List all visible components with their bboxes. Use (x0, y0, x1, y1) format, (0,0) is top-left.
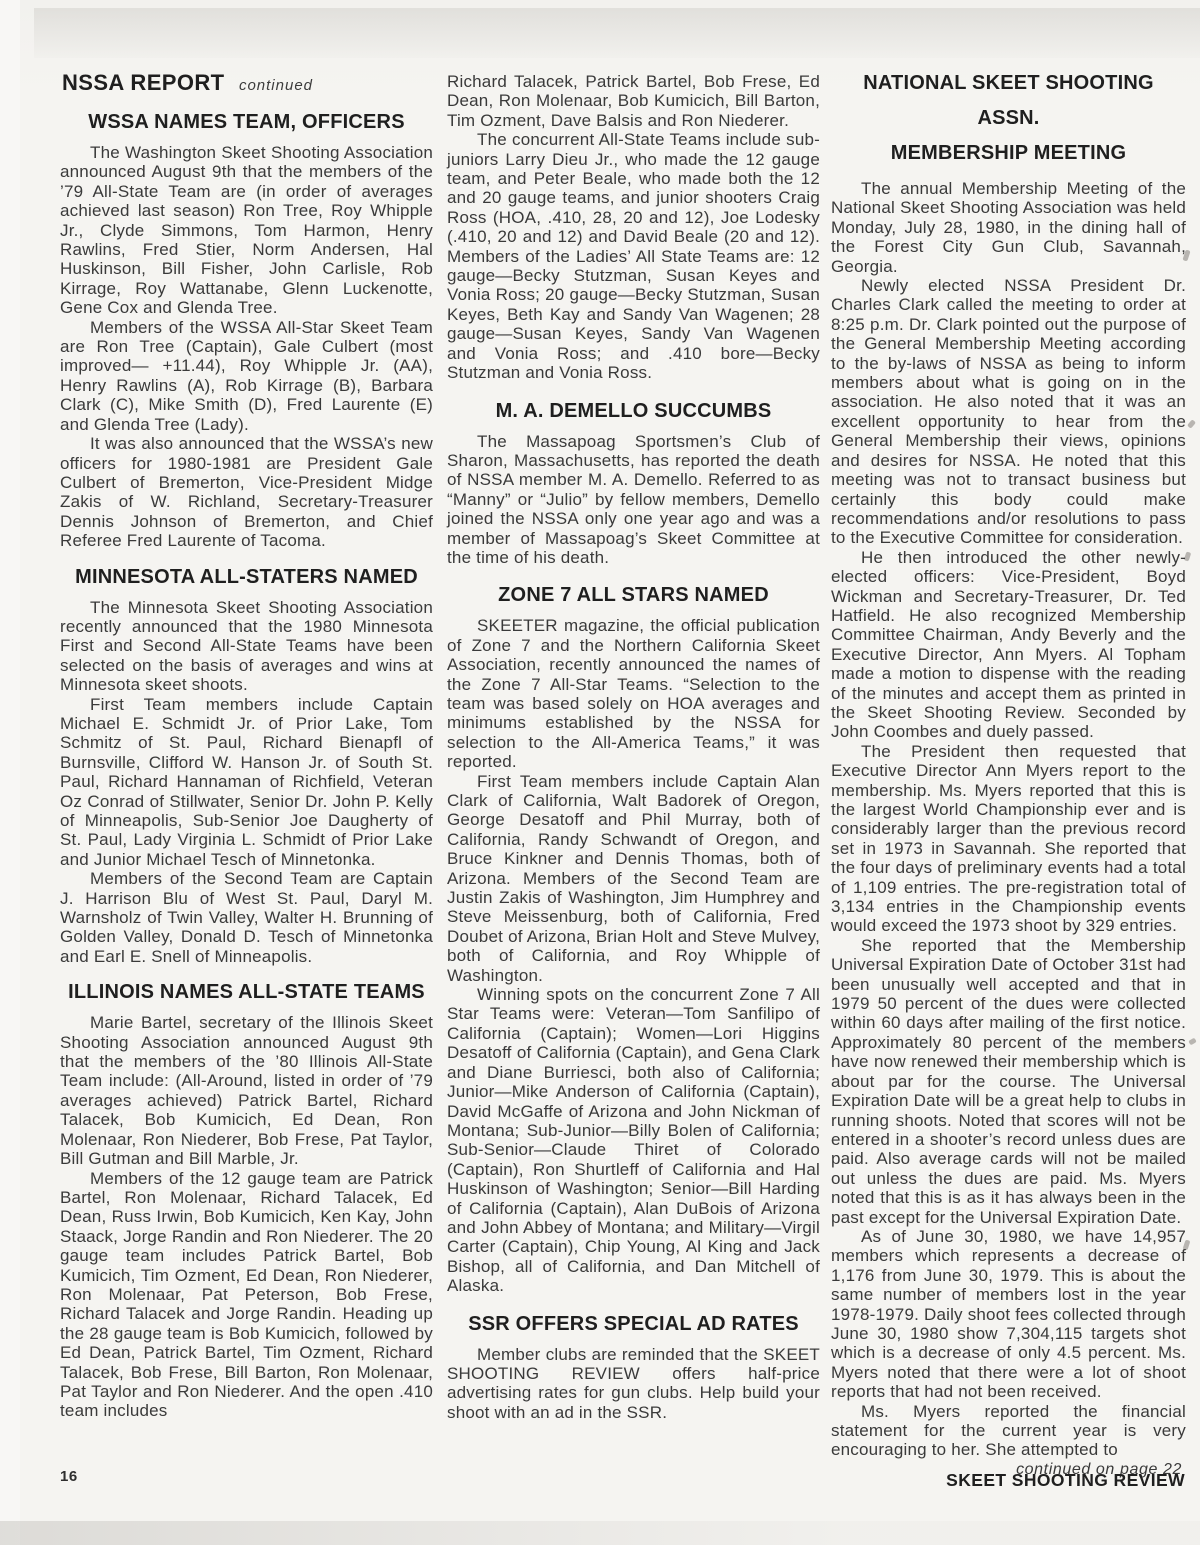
paragraph-minnesota-2: First Team members include Captain Micha… (60, 695, 433, 870)
heading-wssa-names-team: WSSA NAMES TEAM, OFFICERS (60, 111, 433, 134)
page-number: 16 (60, 1468, 78, 1485)
paragraph-illinois-2: Members of the 12 gauge team are Patrick… (60, 1169, 433, 1421)
paragraph-meeting-7: Ms. Myers reported the financial stateme… (831, 1402, 1186, 1460)
paragraph-meeting-3: He then introduced the other newly-elect… (831, 548, 1186, 742)
paragraph-illinois-continuation: Richard Talacek, Patrick Bartel, Bob Fre… (447, 72, 820, 130)
report-header: NSSA REPORT continued (62, 70, 433, 96)
magazine-title: SKEET SHOOTING REVIEW (946, 1470, 1185, 1491)
paragraph-wssa-3: It was also announced that the WSSA’s ne… (60, 434, 433, 550)
paragraph-minnesota-3: Members of the Second Team are Captain J… (60, 869, 433, 966)
paragraph-demello: The Massapoag Sportsmen’s Club of Sharon… (447, 432, 820, 568)
heading-line-2: MEMBERSHIP MEETING (831, 136, 1186, 171)
scan-edge-artifact (0, 0, 20, 1545)
scan-speck (1187, 419, 1196, 428)
paragraph-meeting-4: The President then requested that Execut… (831, 742, 1186, 936)
scan-artifact-top (34, 8, 1200, 58)
column-2: Richard Talacek, Patrick Bartel, Bob Fre… (447, 72, 820, 1422)
paragraph-illinois-concurrent: The concurrent All-State Teams include s… (447, 130, 820, 382)
column-3: NATIONAL SKEET SHOOTING ASSN. MEMBERSHIP… (831, 66, 1186, 1479)
paragraph-meeting-6: As of June 30, 1980, we have 14,957 memb… (831, 1227, 1186, 1402)
paragraph-meeting-1: The annual Membership Meeting of the Nat… (831, 179, 1186, 276)
heading-demello-succumbs: M. A. DEMELLO SUCCUMBS (447, 400, 820, 423)
paragraph-wssa-1: The Washington Skeet Shooting Associatio… (60, 143, 433, 318)
scan-speck (1188, 1038, 1197, 1046)
heading-membership-meeting: NATIONAL SKEET SHOOTING ASSN. MEMBERSHIP… (831, 66, 1186, 171)
heading-illinois-all-state: ILLINOIS NAMES ALL-STATE TEAMS (60, 981, 433, 1004)
heading-line-1: NATIONAL SKEET SHOOTING ASSN. (831, 66, 1186, 136)
paragraph-minnesota-1: The Minnesota Skeet Shooting Association… (60, 598, 433, 695)
paragraph-illinois-1: Marie Bartel, secretary of the Illinois … (60, 1013, 433, 1168)
heading-minnesota-all-staters: MINNESOTA ALL-STATERS NAMED (60, 566, 433, 589)
magazine-page: NSSA REPORT continued WSSA NAMES TEAM, O… (0, 0, 1200, 1545)
paragraph-ssr-ad-rates: Member clubs are reminded that the SKEET… (447, 1345, 820, 1423)
heading-ssr-ad-rates: SSR OFFERS SPECIAL AD RATES (447, 1313, 820, 1336)
report-continued-label: continued (239, 77, 313, 94)
heading-zone7-all-stars: ZONE 7 ALL STARS NAMED (447, 584, 820, 607)
paragraph-meeting-2: Newly elected NSSA President Dr. Charles… (831, 276, 1186, 548)
report-title: NSSA REPORT (62, 70, 225, 95)
column-1: NSSA REPORT continued WSSA NAMES TEAM, O… (60, 70, 433, 1421)
paragraph-meeting-5: She reported that the Membership Univers… (831, 936, 1186, 1227)
paragraph-zone7-3: Winning spots on the concurrent Zone 7 A… (447, 985, 820, 1296)
paragraph-wssa-2: Members of the WSSA All-Star Skeet Team … (60, 318, 433, 434)
paragraph-zone7-2: First Team members include Captain Alan … (447, 772, 820, 985)
paragraph-zone7-1: SKEETER magazine, the official publicati… (447, 616, 820, 771)
scan-artifact-bottom (0, 1521, 1200, 1545)
